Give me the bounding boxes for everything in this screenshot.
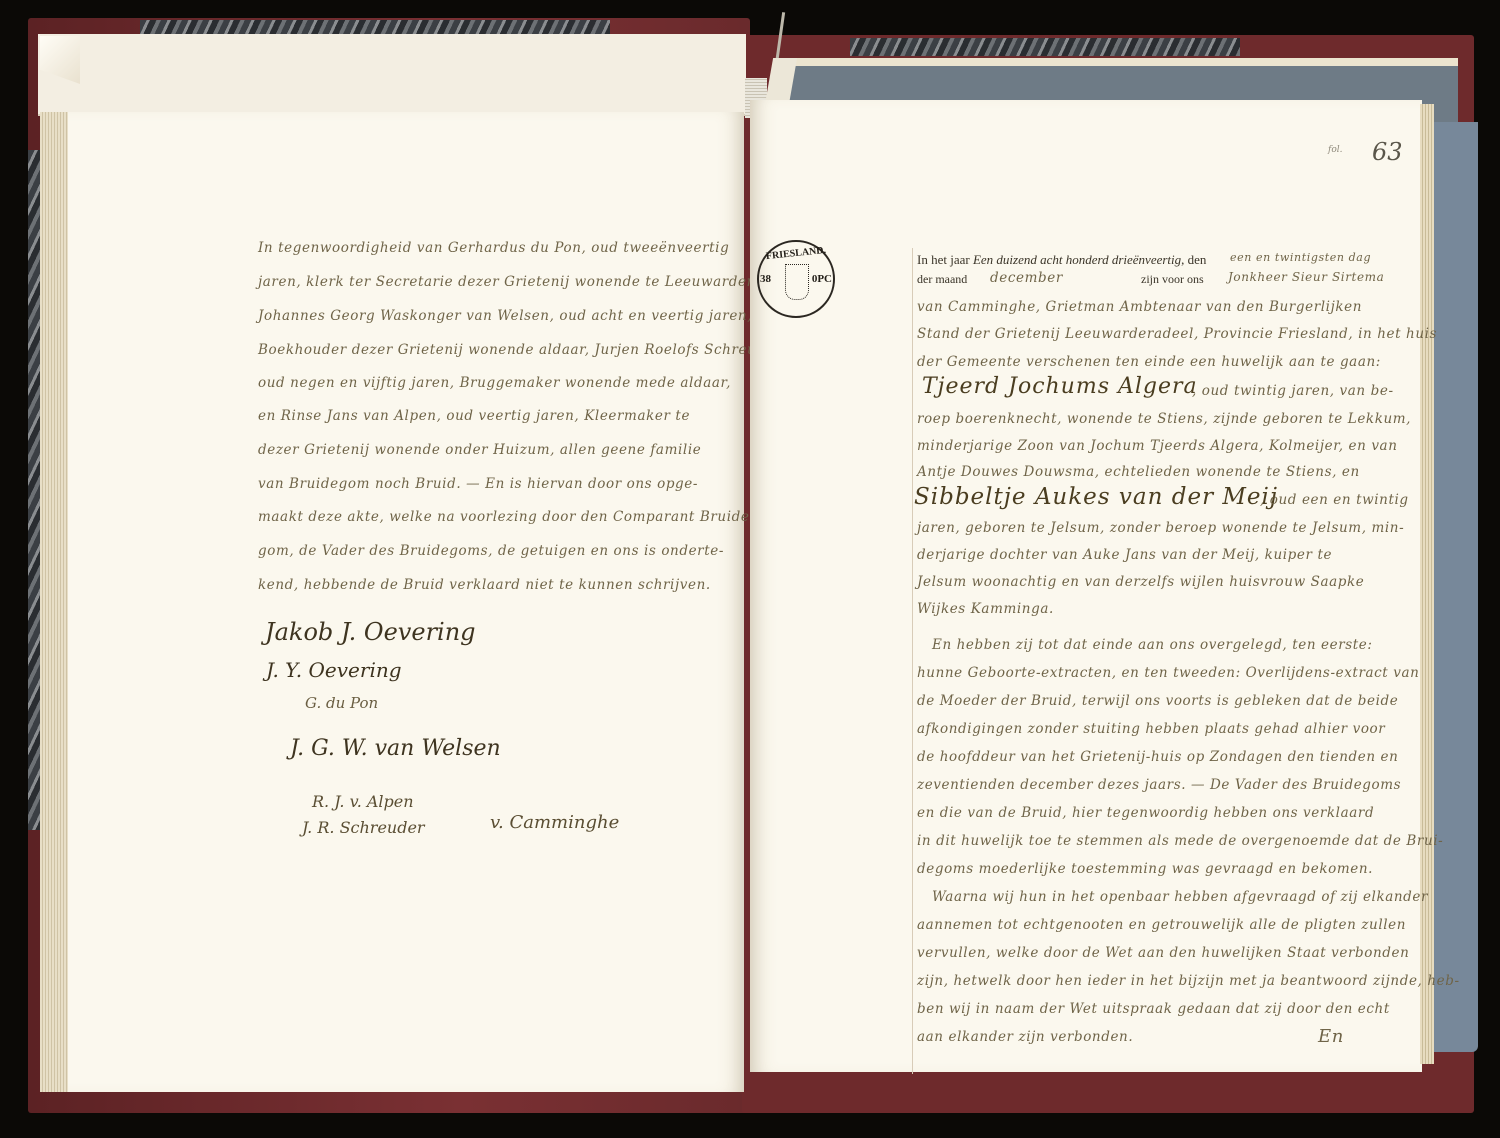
signature: J. Y. Oevering: [266, 658, 402, 682]
left-page: [68, 112, 744, 1092]
marbled-edge-right: [850, 38, 1240, 56]
text-line: afkondigingen zonder stuiting hebben pla…: [917, 721, 1385, 737]
printed-der-maand: der maand: [917, 272, 967, 287]
text-line: Waarna wij hun in het openbaar hebben af…: [932, 889, 1428, 905]
text-line: zeventienden december dezes jaars. — De …: [917, 777, 1401, 793]
page-edges-right: [1420, 104, 1434, 1064]
text-line: vervullen, welke door de Wet aan den huw…: [917, 945, 1409, 961]
text-line: Johannes Georg Waskonger van Welsen, oud…: [258, 308, 752, 324]
printed-line: In het jaar Een duizend acht honderd dri…: [917, 252, 1206, 268]
text-line: aannemen tot echtgenooten en getrouwelij…: [917, 917, 1406, 933]
text-line: maakt deze akte, welke na voorlezing doo…: [258, 509, 755, 525]
text-line: en Rinse Jans van Alpen, oud veertig jar…: [258, 408, 690, 424]
text-line: jaren, klerk ter Secretarie dezer Griete…: [258, 274, 761, 290]
text-line: roep boerenknecht, wonende te Stiens, zi…: [917, 411, 1411, 427]
bride-name: Sibbeltje Aukes van der Meij: [914, 484, 1278, 510]
text-line: en die van de Bruid, hier tegenwoordig h…: [917, 805, 1374, 821]
handwritten-day: een en twintigsten dag: [1230, 251, 1371, 264]
signature: G. du Pon: [305, 694, 378, 712]
text-line: aan elkander zijn verbonden.: [917, 1029, 1133, 1045]
signature: R. J. v. Alpen: [312, 792, 414, 811]
text-line: jaren, geboren te Jelsum, zonder beroep …: [917, 520, 1404, 536]
signature: J. G. W. van Welsen: [290, 736, 501, 761]
flyleaf: [38, 34, 746, 116]
text-line: derjarige dochter van Auke Jans van der …: [917, 547, 1332, 563]
text-line: dezer Grietenij wonende onder Huizum, al…: [258, 442, 701, 458]
signature: v. Camminghe: [490, 812, 619, 833]
folio-prefix: fol.: [1328, 145, 1343, 155]
handwritten-official: Jonkheer Sieur Sirtema: [1228, 270, 1384, 284]
text-line: Stand der Grietenij Leeuwarderadeel, Pro…: [917, 326, 1437, 342]
printed-text: In het jaar: [917, 252, 970, 267]
text-line: de hoofddeur van het Grietenij-huis op Z…: [917, 749, 1398, 765]
text-line: Jelsum woonachtig en van derzelfs wijlen…: [917, 574, 1364, 590]
text-line: in dit huwelijk toe te stemmen als mede …: [917, 833, 1443, 849]
text-line: van Bruidegom noch Bruid. — En is hierva…: [258, 476, 698, 492]
text-line: van Camminghe, Grietman Ambtenaar van de…: [917, 299, 1362, 315]
text-line: , oud twintig jaren, van be-: [1192, 383, 1394, 399]
text-line: , oud een en twintig: [1260, 492, 1409, 508]
text-line: In tegenwoordigheid van Gerhardus du Pon…: [258, 240, 729, 256]
tax-stamp: FRIESLAND. 38 0PC: [757, 240, 835, 318]
text-line: Boekhouder dezer Grietenij wonende aldaa…: [258, 342, 785, 358]
printed-zijn-voor-ons: zijn voor ons: [1141, 272, 1204, 287]
coat-of-arms-icon: [785, 264, 809, 300]
stamp-value-right: 0PC: [812, 273, 833, 285]
folio-number: 63: [1372, 138, 1403, 166]
text-line: Antje Douwes Douwsma, echtelieden wonend…: [917, 464, 1360, 480]
text-line: kend, hebbende de Bruid verklaard niet t…: [258, 577, 711, 593]
signature: Jakob J. Oevering: [265, 618, 476, 646]
blue-board-side: [1430, 122, 1478, 1052]
text-line: gom, de Vader des Bruidegoms, de getuige…: [258, 543, 724, 559]
text-line: En hebben zij tot dat einde aan ons over…: [932, 637, 1373, 653]
printed-text: , den: [1181, 252, 1206, 267]
text-line: der Gemeente verschenen ten einde een hu…: [917, 354, 1381, 370]
text-line: de Moeder der Bruid, terwijl ons voorts …: [917, 693, 1398, 709]
page-edges-left: [40, 112, 68, 1092]
text-line: zijn, hetwelk door hen ieder in het bijz…: [917, 973, 1460, 989]
margin-rule: [912, 248, 913, 1074]
printed-year: Een duizend acht honderd drieënveertig: [973, 252, 1181, 267]
groom-name: Tjeerd Jochums Algera: [922, 374, 1198, 399]
text-line: Wijkes Kamminga.: [917, 601, 1054, 617]
catchword: En: [1318, 1026, 1344, 1047]
text-line: hunne Geboorte-extracten, en ten tweeden…: [917, 665, 1419, 681]
text-line: oud negen en vijftig jaren, Bruggemaker …: [258, 375, 731, 391]
handwritten-month: december: [990, 270, 1063, 286]
text-line: degoms moederlijke toestemming was gevra…: [917, 861, 1373, 877]
signature: J. R. Schreuder: [302, 818, 425, 837]
text-line: minderjarige Zoon van Jochum Tjeerds Alg…: [917, 438, 1398, 454]
text-line: ben wij in naam der Wet uitspraak gedaan…: [917, 1001, 1390, 1017]
